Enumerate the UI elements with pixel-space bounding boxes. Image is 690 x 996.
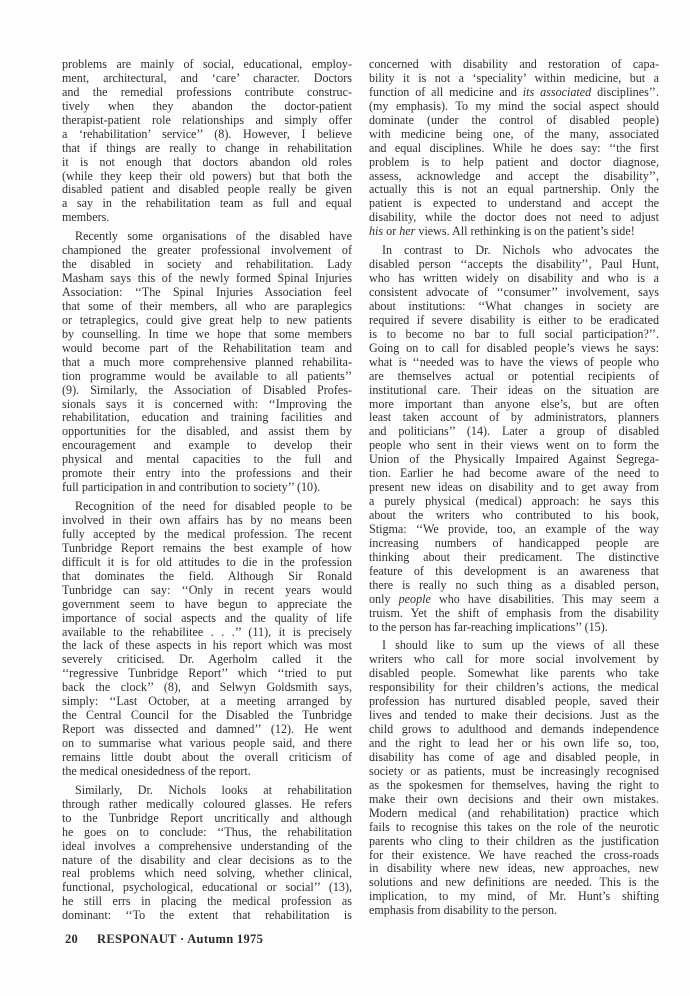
- text-line: championed the greater professional invo…: [62, 244, 352, 258]
- text-line: full participation in and contribution t…: [62, 481, 352, 495]
- text-line: parents who cling to their children as t…: [369, 835, 659, 849]
- text-line: child grows to adulthood and demands ind…: [369, 723, 659, 737]
- text-line: there is really no such thing as a disab…: [369, 579, 659, 593]
- text-line: Association: ‘‘The Spinal Injuries Assoc…: [62, 286, 352, 300]
- text-line: encouragement and example to develop the…: [62, 439, 352, 453]
- text-line: actually this is not an equal partnershi…: [369, 183, 659, 197]
- text-line: institutional care. Their ideas on the s…: [369, 384, 659, 398]
- text-line: disabled people. Somewhat like parents w…: [369, 667, 659, 681]
- text-line: physical and mental capacities to the fu…: [62, 453, 352, 467]
- text-line: tively when they abandon the doctor-pati…: [62, 100, 352, 114]
- text-line: Tunbridge Report remains the best exampl…: [62, 542, 352, 556]
- text-line: feature of this development is an awaren…: [369, 565, 659, 579]
- text-line: that dominates the field. Although Sir R…: [62, 570, 352, 584]
- text-line: members.: [62, 211, 352, 225]
- text-line: disabled person ‘‘accepts the disability…: [369, 258, 659, 272]
- text-line: make their own decisions and their own m…: [369, 793, 659, 807]
- publication-name: RESPONAUT: [97, 932, 177, 946]
- text-line: the medical onesidedness of the report.: [62, 765, 352, 779]
- text-line: tion programme would be available to all…: [62, 370, 352, 384]
- text-line: a purely physical (medical) approach: he…: [369, 495, 659, 509]
- text-line: severely criticised. Dr. Agerholm called…: [62, 653, 352, 667]
- text-line: about institutions: ‘‘What changes in so…: [369, 300, 659, 314]
- text-line: fully accepted by the medical profession…: [62, 528, 352, 542]
- text-line: that a much more comprehensive planned r…: [62, 356, 352, 370]
- text-line: problem is to help patient and doctor di…: [369, 156, 659, 170]
- text-line: thinking about their predicament. The di…: [369, 551, 659, 565]
- text-line: patient is expected to understand and ac…: [369, 197, 659, 211]
- text-line: society or as patients, must be increasi…: [369, 765, 659, 779]
- text-line: simply: ‘‘Last October, at a meeting arr…: [62, 695, 352, 709]
- text-line: disability has come of age and disabled …: [369, 751, 659, 765]
- emphasis-text: her: [399, 224, 415, 238]
- text-line: back the clock’’ (8), and Selwyn Goldsmi…: [62, 681, 352, 695]
- text-line: a ‘rehabilitation’ service’’ (8). Howeve…: [62, 128, 352, 142]
- paragraph: Recently some organisations of the disab…: [62, 230, 352, 495]
- text-line: that if things are really to change in r…: [62, 142, 352, 156]
- text-line: it is not enough that doctors abandon ol…: [62, 156, 352, 170]
- document-page: problems are mainly of social, education…: [0, 0, 690, 996]
- text-line: profession has nurtured disabled people,…: [369, 695, 659, 709]
- text-line: therapist-patient role relationships and…: [62, 114, 352, 128]
- issue-date: Autumn 1975: [187, 932, 263, 946]
- text-line: implication, to my mind, of Mr. Hunt’s s…: [369, 890, 659, 904]
- text-line: writers who call for more social involve…: [369, 653, 659, 667]
- text-line: importance of social aspects and the qua…: [62, 612, 352, 626]
- text-line: consistent advocate of ‘‘consumer’’ invo…: [369, 286, 659, 300]
- text-line: people who sent in their views went on t…: [369, 439, 659, 453]
- text-line: opportunities for the disabled, and assi…: [62, 425, 352, 439]
- paragraph: I should like to sum up the views of all…: [369, 639, 659, 918]
- footer-separator: ·: [180, 932, 184, 946]
- emphasis-text: its associated: [523, 85, 591, 99]
- text-line: bility it is not a ‘speciality’ within m…: [369, 72, 659, 86]
- text-line: in disability where new ideas, new appro…: [369, 862, 659, 876]
- text-line: (9). Similarly, the Association of Disab…: [62, 384, 352, 398]
- text-line: Report was dissected and damned’’ (12). …: [62, 723, 352, 737]
- text-line: to the person has far-reaching implicati…: [369, 621, 659, 635]
- text-line: his or her views. All rethinking is on t…: [369, 225, 659, 239]
- paragraph: In contrast to Dr. Nichols who advocates…: [369, 244, 659, 634]
- text-line: truism. Yet the shift of emphasis from t…: [369, 607, 659, 621]
- text-line: real problems which need solving, whethe…: [62, 867, 352, 881]
- text-line: by counselling. In time we hope that som…: [62, 328, 352, 342]
- text-line: Going on to call for disabled people’s v…: [369, 342, 659, 356]
- text-line: with medicine being one, of the many, as…: [369, 128, 659, 142]
- text-line: promote their entry into the professions…: [62, 467, 352, 481]
- text-line: Masham says this of the newly formed Spi…: [62, 272, 352, 286]
- text-line: as the spokesmen for themselves, having …: [369, 779, 659, 793]
- text-line: In contrast to Dr. Nichols who advocates…: [369, 244, 659, 258]
- text-line: Tunbridge can say: ‘‘Only in recent year…: [62, 584, 352, 598]
- text-line: Similarly, Dr. Nichols looks at rehabili…: [62, 784, 352, 798]
- text-line: on to summarise what various people said…: [62, 737, 352, 751]
- page-number: 20: [65, 932, 97, 947]
- text-line: problems are mainly of social, education…: [62, 58, 352, 72]
- text-line: and the remedial professions contribute …: [62, 86, 352, 100]
- text-line: and the right to lead her or his own lif…: [369, 737, 659, 751]
- text-line: concerned with disability and restoratio…: [369, 58, 659, 72]
- text-line: is to become no bar to full social parti…: [369, 328, 659, 342]
- text-line: sionals says it is concerned with: ‘‘Imp…: [62, 398, 352, 412]
- right-column: concerned with disability and restoratio…: [369, 58, 659, 923]
- text-line: dominate (under the control of disabled …: [369, 114, 659, 128]
- text-line: the disabled in society and rehabilitati…: [62, 258, 352, 272]
- paragraph: Recognition of the need for disabled peo…: [62, 500, 352, 779]
- text-line: to the Tunbridge Report uncritically and…: [62, 812, 352, 826]
- emphasis-text: people: [399, 592, 431, 606]
- text-line: increasing numbers of handicapped people…: [369, 537, 659, 551]
- text-line: (my emphasis). To my mind the social asp…: [369, 100, 659, 114]
- text-line: would become part of the Rehabilitation …: [62, 342, 352, 356]
- left-column: problems are mainly of social, education…: [62, 58, 352, 928]
- text-line: who has written widely on disability and…: [369, 272, 659, 286]
- text-line: Union of the Physically Impaired Against…: [369, 453, 659, 467]
- text-line: available to the rehabilitee . . .’’ (11…: [62, 626, 352, 640]
- text-line: present new ideas on disability and to g…: [369, 481, 659, 495]
- paragraph: Similarly, Dr. Nichols looks at rehabili…: [62, 784, 352, 923]
- text-line: ideal involves a comprehensive understan…: [62, 840, 352, 854]
- text-line: remains little doubt about the overall c…: [62, 751, 352, 765]
- text-line: what is ‘‘needed was to have the views o…: [369, 356, 659, 370]
- text-line: Stigma: ‘‘We provide, too, an example of…: [369, 523, 659, 537]
- text-line: only people who have disabilities. This …: [369, 593, 659, 607]
- text-line: he goes on to conclude: ‘‘Thus, the reha…: [62, 826, 352, 840]
- text-line: government seem to have begun to appreci…: [62, 598, 352, 612]
- text-line: responsibility for their children’s acti…: [369, 681, 659, 695]
- text-line: ‘‘regressive Tunbridge Report’’ which ‘‘…: [62, 667, 352, 681]
- text-line: disability, while the doctor does not ne…: [369, 211, 659, 225]
- paragraph: concerned with disability and restoratio…: [369, 58, 659, 239]
- text-line: involved in their own affairs has by no …: [62, 514, 352, 528]
- text-line: functional, psychological, educational o…: [62, 881, 352, 895]
- text-line: I should like to sum up the views of all…: [369, 639, 659, 653]
- text-line: least taken account of by administrators…: [369, 411, 659, 425]
- text-line: and politicians’’ (14). Later a group of…: [369, 425, 659, 439]
- text-line: are themselves actual or potential recip…: [369, 370, 659, 384]
- text-line: dominant: ‘‘To the extent that rehabilit…: [62, 909, 352, 923]
- paragraph: problems are mainly of social, education…: [62, 58, 352, 225]
- text-line: fails to recognise this takes on the rol…: [369, 821, 659, 835]
- emphasis-text: his: [369, 224, 383, 238]
- text-line: more important than anyone else’s, but a…: [369, 398, 659, 412]
- text-line: the Central Council for the Disabled the…: [62, 709, 352, 723]
- page-footer: 20RESPONAUT · Autumn 1975: [65, 932, 263, 947]
- text-line: that some of their members, all who are …: [62, 300, 352, 314]
- text-line: emphasis from disability to the person.: [369, 904, 659, 918]
- text-line: nature of the disability and clear decis…: [62, 854, 352, 868]
- text-line: Recognition of the need for disabled peo…: [62, 500, 352, 514]
- text-line: ment, architectural, and ‘care’ characte…: [62, 72, 352, 86]
- text-line: or tetraplegics, could give great help t…: [62, 314, 352, 328]
- text-line: he still errs in placing the medical pro…: [62, 895, 352, 909]
- text-line: Recently some organisations of the disab…: [62, 230, 352, 244]
- text-line: and equal disciplines. While he does say…: [369, 142, 659, 156]
- text-line: (while they keep their old powers) but t…: [62, 170, 352, 184]
- text-line: the lack of these aspects in his report …: [62, 639, 352, 653]
- text-line: for their existence. We have reached the…: [369, 849, 659, 863]
- text-line: required if severe disability is either …: [369, 314, 659, 328]
- text-line: tion. Earlier he had become aware of the…: [369, 467, 659, 481]
- text-line: Modern medical (and rehabilitation) prac…: [369, 807, 659, 821]
- text-line: assess, acknowledge and accept the disab…: [369, 170, 659, 184]
- text-line: difficult it is for old attitudes to die…: [62, 556, 352, 570]
- text-line: through rather medically coloured glasse…: [62, 798, 352, 812]
- text-line: solutions and new definitions are needed…: [369, 876, 659, 890]
- text-line: rehabilitation, education and training f…: [62, 411, 352, 425]
- text-line: disabled patient and disabled people rea…: [62, 183, 352, 197]
- text-line: function of all medicine and its associa…: [369, 86, 659, 100]
- text-line: about the writers who contributed to his…: [369, 509, 659, 523]
- text-line: a say in the rehabilitation team as full…: [62, 197, 352, 211]
- text-line: lives and tended to make their decisions…: [369, 709, 659, 723]
